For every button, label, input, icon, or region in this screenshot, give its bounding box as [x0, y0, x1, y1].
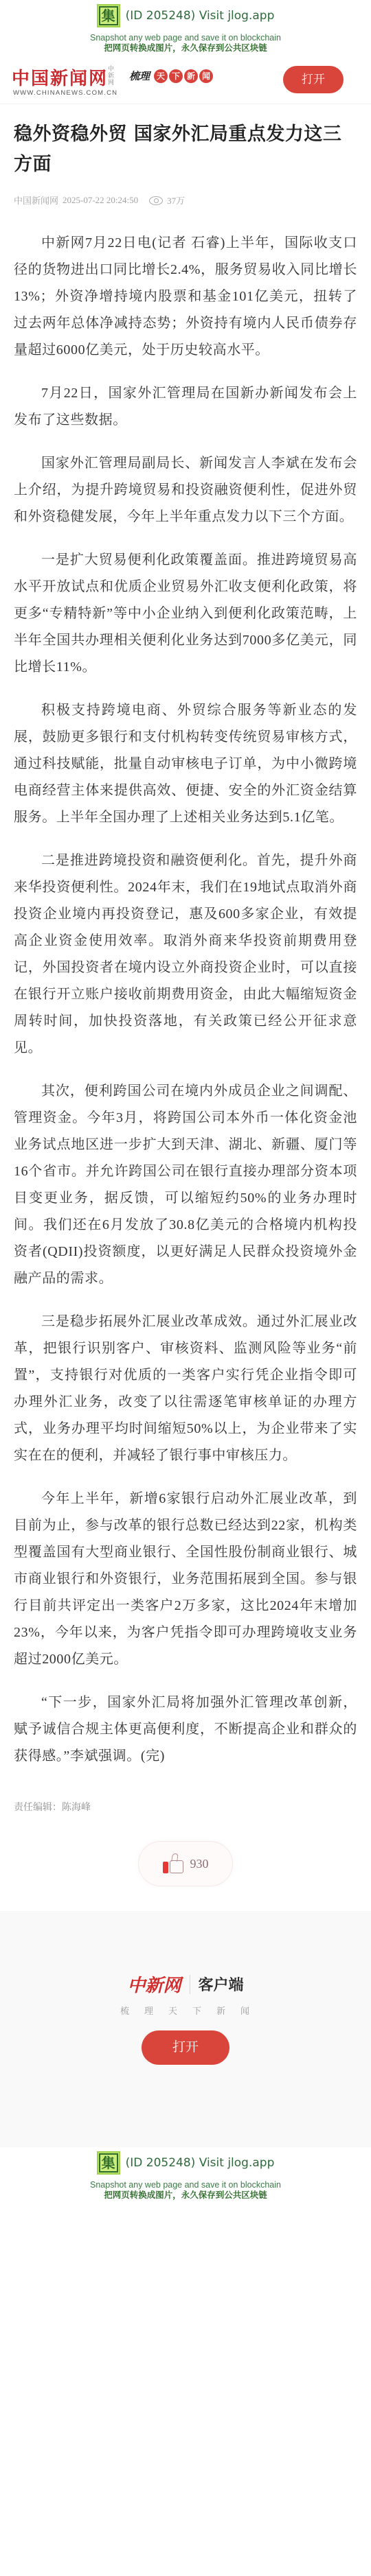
slogan-char: 新	[184, 69, 198, 83]
article-body: 中新网7月22日电(记者 石睿)上半年，国际收支口径的货物进出口同比增长2.4%…	[14, 230, 357, 1770]
eye-icon	[149, 196, 163, 204]
article-datetime: 2025-07-22 20:24:50	[63, 195, 138, 206]
open-app-button-header[interactable]: 打开	[283, 66, 344, 93]
article-paragraph: 7月22日，国家外汇管理局在国新办新闻发布会上发布了这些数据。	[14, 380, 357, 434]
article-paragraph: 三是稳步拓展外汇展业改革成效。通过外汇展业改革，把银行识别客户、审核资料、监测风…	[14, 1309, 357, 1469]
responsible-editor: 责任编辑：陈海峰	[14, 1800, 357, 1814]
promo-client-label: 客户端	[199, 1974, 244, 1995]
open-app-button-promo[interactable]: 打开	[142, 2030, 229, 2065]
jlog-tagline-cn: 把网页转换成图片，永久保存到公共区块链	[0, 2190, 371, 2201]
jlog-badge-icon: 集	[97, 2151, 120, 2175]
article-paragraph: 中新网7月22日电(记者 石睿)上半年，国际收支口径的货物进出口同比增长2.4%…	[14, 230, 357, 364]
jlog-id-link[interactable]: (ID 205248) Visit jlog.app	[126, 2156, 275, 2170]
promo-tagline: 梳理天下新闻	[0, 2004, 371, 2017]
jlog-banner-top: 集 (ID 205248) Visit jlog.app Snapshot an…	[0, 0, 371, 58]
jlog-banner-bottom: 集 (ID 205248) Visit jlog.app Snapshot an…	[0, 2147, 371, 2205]
promo-brand: 中新网	[127, 1971, 181, 1997]
article: 稳外资稳外贸 国家外汇局重点发力这三方面 中国新闻网 2025-07-22 20…	[0, 119, 371, 1911]
site-logo[interactable]: 中国新闻网	[12, 65, 108, 90]
jlog-tagline-en: Snapshot any web page and save it on blo…	[0, 2180, 371, 2190]
header-slogan: 梳理 天 下 新 闻	[129, 69, 213, 83]
jlog-id-link[interactable]: (ID 205248) Visit jlog.app	[126, 9, 275, 23]
view-count: 37万	[167, 194, 185, 207]
site-url: WWW.CHINANEWS.COM.CN	[13, 89, 117, 97]
article-title: 稳外资稳外贸 国家外汇局重点发力这三方面	[14, 119, 357, 180]
like-button[interactable]: 930	[138, 1841, 233, 1886]
slogan-char: 闻	[199, 69, 213, 83]
article-paragraph: 一是扩大贸易便利化政策覆盖面。推进跨境贸易高水平开放试点和优质企业贸易外汇收支便…	[14, 547, 357, 681]
article-paragraph: 积极支持跨境电商、外贸综合服务等新业态的发展，鼓励更多银行和支付机构转变传统贸易…	[14, 697, 357, 831]
slogan-char: 天	[154, 69, 168, 83]
site-header: 中国新闻网 中新网 WWW.CHINANEWS.COM.CN 梳理 天 下 新 …	[0, 58, 371, 104]
like-section: 930	[14, 1841, 357, 1911]
promo-divider	[190, 1975, 190, 1994]
thumbs-up-icon	[163, 1853, 185, 1874]
article-paragraph: 今年上半年，新增6家银行启动外汇展业改革，到目前为止，参与改革的银行总数已经达到…	[14, 1486, 357, 1673]
article-paragraph: 二是推进跨境投资和融资便利化。首先，提升外商来华投资便利性。2024年末，我们在…	[14, 847, 357, 1062]
article-meta: 中国新闻网 2025-07-22 20:24:50 37万	[14, 194, 357, 207]
jlog-tagline-en: Snapshot any web page and save it on blo…	[0, 33, 371, 43]
slogan-script: 梳理	[129, 69, 150, 83]
jlog-badge-icon: 集	[97, 4, 120, 27]
promo-logo: 中新网 客户端	[0, 1971, 371, 1997]
slogan-char: 下	[169, 69, 183, 83]
article-paragraph: 国家外汇管理局副局长、新闻发言人李斌在发布会上介绍，为提升跨境贸易和投资融资便利…	[14, 450, 357, 530]
jlog-tagline-cn: 把网页转换成图片，永久保存到公共区块链	[0, 43, 371, 54]
article-paragraph: “下一步，国家外汇局将加强外汇管理改革创新，赋予诚信合规主体更高便利度，不断提高…	[14, 1689, 357, 1770]
app-promo: 中新网 客户端 梳理天下新闻 打开	[0, 1911, 371, 2084]
article-source: 中国新闻网	[14, 194, 58, 207]
site-logo-mini: 中新网	[108, 66, 116, 86]
article-paragraph: 其次，便利跨国公司在境内外成员企业之间调配、管理资金。今年3月，将跨国公司本外币…	[14, 1078, 357, 1292]
footer-spacer	[0, 2084, 371, 2147]
like-count: 930	[190, 1857, 209, 1871]
